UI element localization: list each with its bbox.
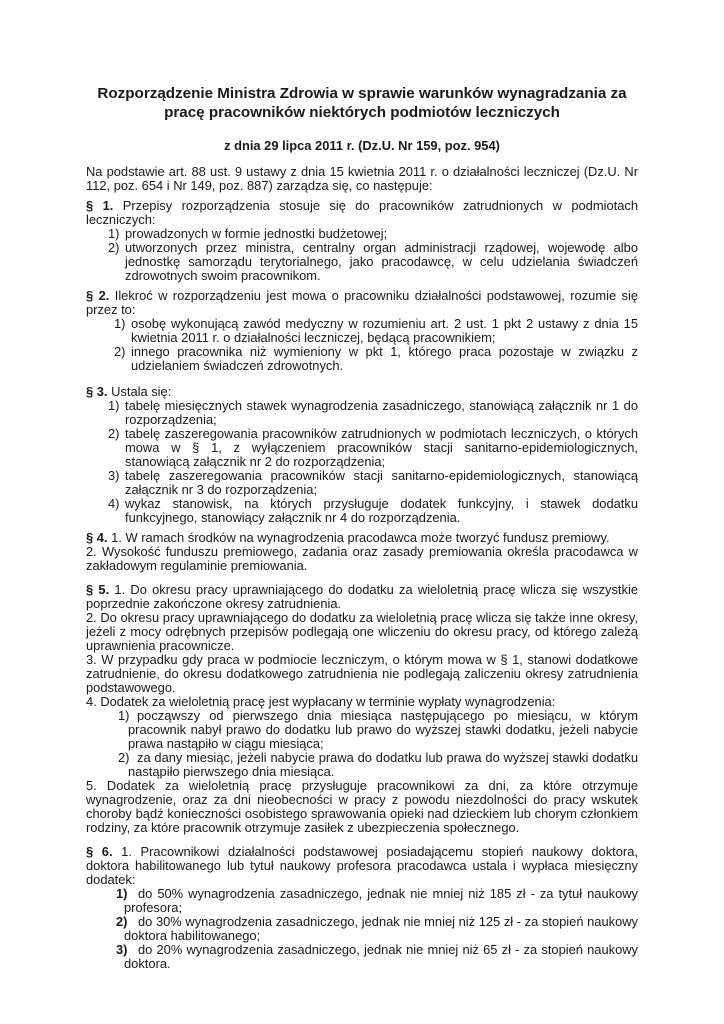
section-text: Przepisy rozporządzenia stosuje się do p…: [86, 198, 638, 227]
list-item: 2)za dany miesiąc, jeżeli nabycie prawa …: [86, 751, 638, 779]
list-item: 1)tabelę miesięcznych stawek wynagrodzen…: [86, 399, 638, 427]
list-item: 2)innego pracownika niż wymieniony w pkt…: [86, 345, 638, 373]
section-label: § 1.: [86, 198, 113, 213]
section-label: § 2.: [86, 288, 109, 303]
section-5-paragraph-5: 5. Dodatek za wieloletnią pracę przysług…: [86, 779, 638, 835]
document-title: Rozporządzenie Ministra Zdrowia w sprawi…: [86, 84, 638, 122]
list-item: 4)wykaz stanowisk, na których przysługuj…: [86, 497, 638, 525]
list-item: 1)osobę wykonującą zawód medyczny w rozu…: [86, 317, 638, 345]
section-label: § 3.: [86, 384, 108, 399]
section-1: § 1. Przepisy rozporządzenia stosuje się…: [86, 199, 638, 283]
section-6-list: 1)do 50% wynagrodzenia zasadniczego, jed…: [86, 887, 638, 971]
section-5-paragraph-2: 2. Do okresu pracy uprawniającego do dod…: [86, 611, 638, 653]
section-1-list: 1)prowadzonych w formie jednostki budżet…: [86, 227, 638, 283]
document-subtitle: z dnia 29 lipca 2011 r. (Dz.U. Nr 159, p…: [86, 139, 638, 153]
list-item: 2)utworzonych przez ministra, centralny …: [86, 241, 638, 283]
list-item: 3)do 20% wynagrodzenia zasadniczego, jed…: [86, 943, 638, 971]
section-2-list: 1)osobę wykonującą zawód medyczny w rozu…: [86, 317, 638, 373]
list-item: 2)tabelę zaszeregowania pracowników zatr…: [86, 427, 638, 469]
section-4-paragraph-2: 2. Wysokość funduszu premiowego, zadania…: [86, 545, 638, 573]
section-text: Ustala się:: [111, 384, 171, 399]
list-item: 1)do 50% wynagrodzenia zasadniczego, jed…: [86, 887, 638, 915]
section-5-list: 1)począwszy od pierwszego dnia miesiąca …: [86, 709, 638, 779]
section-text: Ilekroć w rozporządzeniu jest mowa o pra…: [86, 288, 638, 317]
list-item: 1)począwszy od pierwszego dnia miesiąca …: [86, 709, 638, 751]
section-label: § 5.: [86, 582, 109, 597]
document-page: Rozporządzenie Ministra Zdrowia w sprawi…: [86, 84, 638, 977]
section-2: § 2. Ilekroć w rozporządzeniu jest mowa …: [86, 289, 638, 373]
list-item: 1)prowadzonych w formie jednostki budżet…: [86, 227, 638, 241]
section-label: § 4.: [86, 530, 108, 545]
section-6: § 6. 1. Pracownikowi działalności podsta…: [86, 845, 638, 971]
section-3: § 3. Ustala się: 1)tabelę miesięcznych s…: [86, 385, 638, 525]
section-3-list: 1)tabelę miesięcznych stawek wynagrodzen…: [86, 399, 638, 525]
preamble: Na podstawie art. 88 ust. 9 ustawy z dni…: [86, 165, 638, 193]
section-5: § 5. 1. Do okresu pracy uprawniającego d…: [86, 583, 638, 835]
list-item: 3)tabelę zaszeregowania pracowników stac…: [86, 469, 638, 497]
section-label: § 6.: [86, 844, 113, 859]
section-5-paragraph-3: 3. W przypadku gdy praca w podmiocie lec…: [86, 653, 638, 695]
list-item: 2)do 30% wynagrodzenia zasadniczego, jed…: [86, 915, 638, 943]
section-4: § 4. 1. W ramach środków na wynagrodzeni…: [86, 531, 638, 573]
section-5-paragraph-4: 4. Dodatek za wieloletnią pracę jest wyp…: [86, 695, 638, 709]
